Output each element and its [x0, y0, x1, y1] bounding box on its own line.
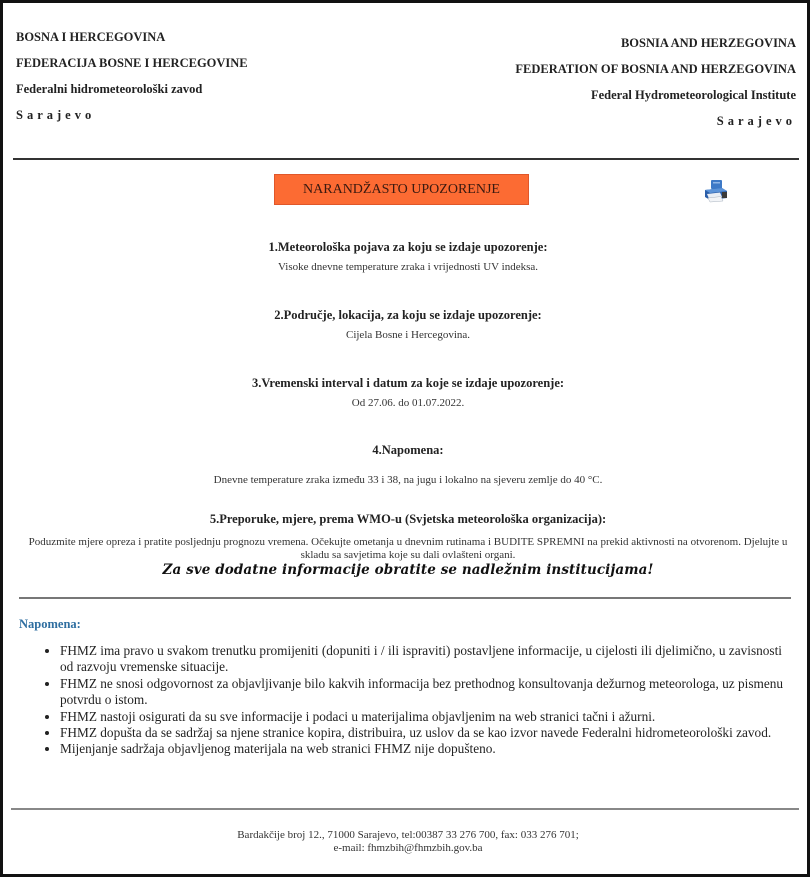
- list-item: Mijenjanje sadržaja objavljenog materija…: [60, 741, 790, 757]
- section-body: Od 27.06. do 01.07.2022.: [3, 397, 810, 409]
- footer-address: Bardakčije broj 12., 71000 Sarajevo, tel…: [3, 829, 810, 842]
- section-emphasis: Za sve dodatne informacije obratite se n…: [3, 562, 810, 578]
- country-name-en: BOSNIA AND HERZEGOVINA: [515, 33, 796, 59]
- section-phenomenon: 1.Meteorološka pojava za koju se izdaje …: [3, 240, 810, 273]
- header-left: BOSNA I HERCEGOVINA FEDERACIJA BOSNE I H…: [16, 27, 248, 131]
- section-recommendations: 5.Preporuke, mjere, prema WMO-u (Svjetsk…: [3, 512, 810, 578]
- document-frame: BOSNA I HERCEGOVINA FEDERACIJA BOSNE I H…: [0, 0, 810, 877]
- footer: Bardakčije broj 12., 71000 Sarajevo, tel…: [3, 829, 810, 855]
- section-time-interval: 3.Vremenski interval i datum za koje se …: [3, 376, 810, 409]
- warning-level-label: NARANDŽASTO UPOZORENJE: [303, 182, 500, 198]
- section-area: 2.Područje, lokacija, za koju se izdaje …: [3, 308, 810, 341]
- section-title: 2.Područje, lokacija, za koju se izdaje …: [3, 308, 810, 323]
- city-en: Sarajevo: [515, 111, 796, 137]
- institute-name-en: Federal Hydrometeorological Institute: [515, 85, 796, 111]
- footer-email-label: e-mail:: [333, 842, 367, 854]
- footer-divider: [11, 808, 799, 810]
- header-right: BOSNIA AND HERZEGOVINA FEDERATION OF BOS…: [515, 33, 796, 137]
- section-title: 4.Napomena:: [3, 443, 810, 458]
- list-item: FHMZ nastoji osigurati da su sve informa…: [60, 709, 790, 725]
- institute-name-local: Federalni hidrometeorološki zavod: [16, 79, 248, 105]
- section-body: Visoke dnevne temperature zraka i vrijed…: [3, 261, 810, 273]
- city-local: Sarajevo: [16, 105, 248, 131]
- section-note: 4.Napomena: Dnevne temperature zraka izm…: [3, 443, 810, 486]
- section-body: Dnevne temperature zraka između 33 i 38,…: [3, 474, 810, 486]
- section-title: 5.Preporuke, mjere, prema WMO-u (Svjetsk…: [3, 512, 810, 527]
- notes-divider: [19, 597, 791, 599]
- notes-title: Napomena:: [19, 617, 81, 632]
- list-item: FHMZ ima pravo u svakom trenutku promije…: [60, 643, 790, 676]
- section-body: Poduzmite mjere opreza i pratite posljed…: [28, 536, 788, 562]
- header-divider: [13, 158, 799, 160]
- country-name-local: BOSNA I HERCEGOVINA: [16, 27, 248, 53]
- warning-level-badge: NARANDŽASTO UPOZORENJE: [274, 174, 529, 205]
- printer-icon[interactable]: [702, 179, 730, 203]
- list-item: FHMZ dopušta da se sadržaj sa njene stra…: [60, 725, 790, 741]
- footer-email-line: e-mail: fhmzbih@fhmzbih.gov.ba: [3, 842, 810, 855]
- email-link[interactable]: fhmzbih@fhmzbih.gov.ba: [367, 842, 482, 854]
- federation-name-en: FEDERATION OF BOSNIA AND HERZEGOVINA: [515, 59, 796, 85]
- list-item: FHMZ ne snosi odgovornost za objavljivan…: [60, 676, 790, 709]
- notes-list: FHMZ ima pravo u svakom trenutku promije…: [43, 643, 790, 758]
- section-body: Cijela Bosne i Hercegovina.: [3, 329, 810, 341]
- section-title: 3.Vremenski interval i datum za koje se …: [3, 376, 810, 391]
- federation-name-local: FEDERACIJA BOSNE I HERCEGOVINE: [16, 53, 248, 79]
- section-title: 1.Meteorološka pojava za koju se izdaje …: [3, 240, 810, 255]
